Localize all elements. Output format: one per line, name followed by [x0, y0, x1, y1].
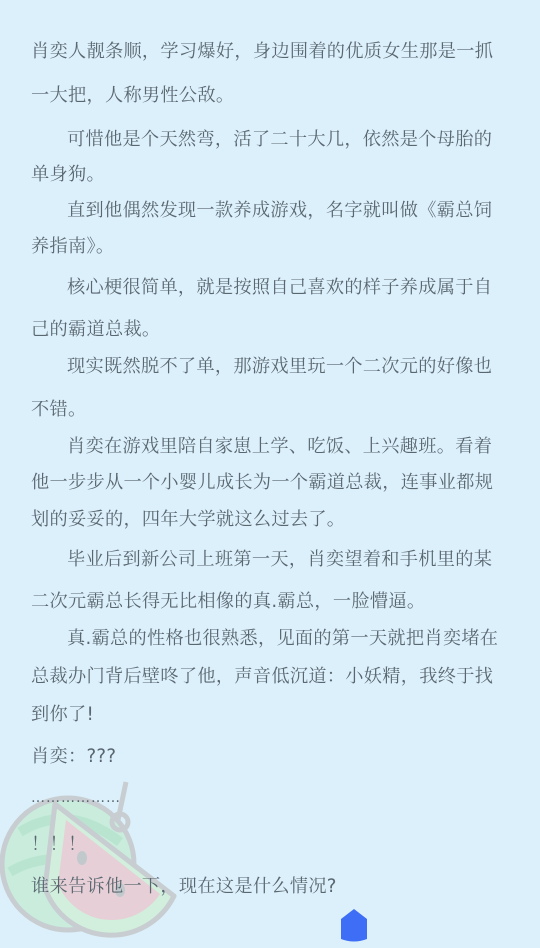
- paragraph-line: 养指南》。: [31, 235, 521, 259]
- paragraph-line: 现实既然脱不了单，那游戏里玩一个二次元的好像也: [67, 355, 540, 379]
- paragraph-line: 己的霸道总裁。: [31, 318, 521, 342]
- paragraph-line: 一大把，人称男性公敌。: [31, 84, 521, 108]
- paragraph-line: 直到他偶然发现一款养成游戏，名字就叫做《霸总饲: [67, 199, 540, 223]
- paragraph-line: 肖奕人靓条顺，学习爆好，身边围着的优质女生那是一抓: [31, 40, 521, 64]
- paragraph-line: 真.霸总的性格也很熟悉，见面的第一天就把肖奕堵在: [67, 627, 540, 651]
- paragraph-line: ！！！: [31, 833, 521, 857]
- paragraph-line: 肖奕：???: [31, 745, 521, 769]
- paragraph-line: 核心梗很简单，就是按照自己喜欢的样子养成属于自: [67, 276, 540, 300]
- home-icon[interactable]: [339, 907, 369, 944]
- paragraph-line: 不错。: [31, 398, 521, 422]
- paragraph-line: 总裁办门背后壁咚了他，声音低沉道：小妖精，我终于找: [31, 665, 521, 689]
- reader-page: 肖奕人靓条顺，学习爆好，身边围着的优质女生那是一抓 一大把，人称男性公敌。 可惜…: [0, 0, 540, 948]
- paragraph-line: 到你了!: [31, 703, 521, 727]
- paragraph-line: 划的妥妥的，四年大学就这么过去了。: [31, 508, 521, 532]
- paragraph-line: 单身狗。: [31, 163, 521, 187]
- ellipsis-line: ………………: [31, 786, 521, 810]
- paragraph-line: 他一步步从一个小婴儿成长为一个霸道总裁，连事业都规: [31, 471, 521, 495]
- paragraph-line: 二次元霸总长得无比相像的真.霸总，一脸懵逼。: [31, 590, 521, 614]
- paragraph-line: 可惜他是个天然弯，活了二十大几，依然是个母胎的: [67, 128, 540, 152]
- paragraph-line: 毕业后到新公司上班第一天，肖奕望着和手机里的某: [67, 548, 540, 572]
- paragraph-line: 谁来告诉他一下，现在这是什么情况?: [31, 875, 521, 899]
- paragraph-line: 肖奕在游戏里陪自家崽上学、吃饭、上兴趣班。看着: [67, 435, 540, 459]
